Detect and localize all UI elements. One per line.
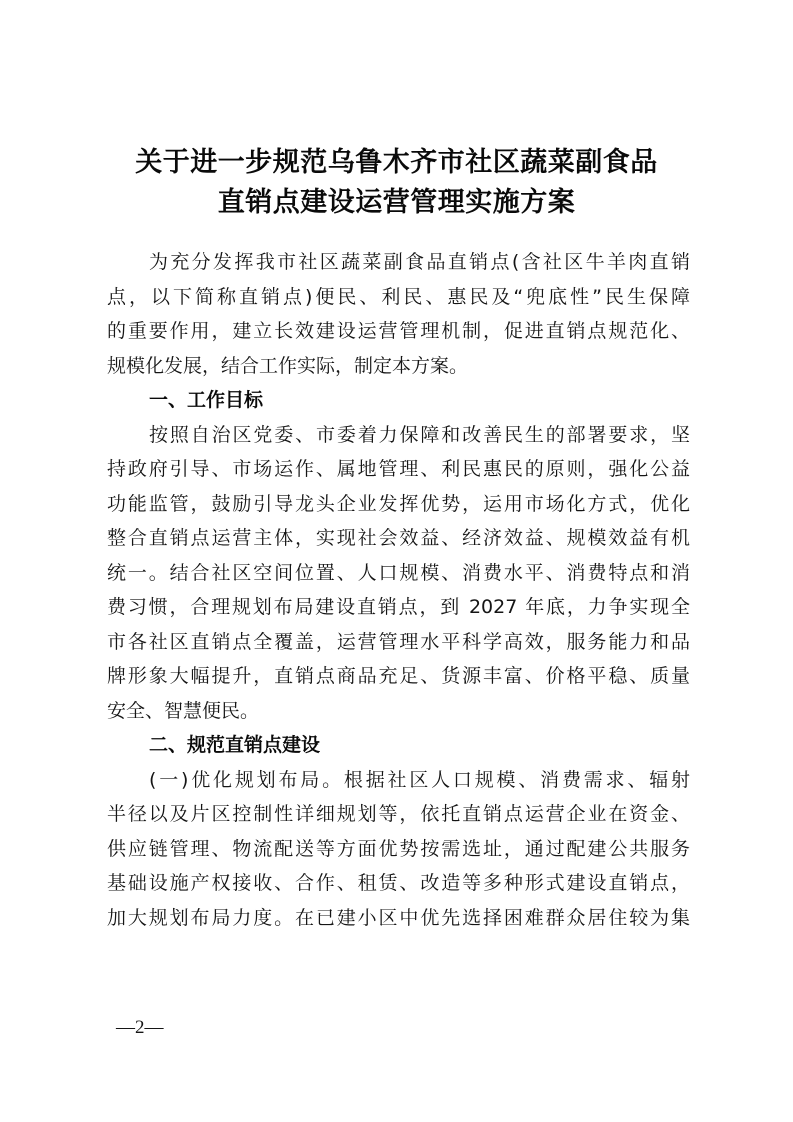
document-title-line-2: 直销点建设运营管理实施方案 — [0, 180, 793, 219]
body-line: 持政府引导、市场运作、属地管理、利民惠民的原则，强化公益 — [107, 454, 690, 484]
document-page: 关于进一步规范乌鲁木齐市社区蔬菜副食品 直销点建设运营管理实施方案 为充分发挥我… — [0, 0, 793, 1122]
body-line: 费习惯，合理规划布局建设直销点，到 2027 年底，力争实现全 — [107, 592, 690, 622]
section-heading-construction: 二、规范直销点建设 — [149, 730, 320, 760]
intro-line: 规模化发展，结合工作实际，制定本方案。 — [107, 351, 690, 381]
intro-line: 为充分发挥我市社区蔬菜副食品直销点(含社区牛羊肉直销 — [149, 247, 690, 277]
body-line: (一)优化规划布局。根据社区人口规模、消费需求、辐射 — [149, 765, 690, 795]
body-line: 按照自治区党委、市委着力保障和改善民生的部署要求，坚 — [149, 420, 690, 450]
body-line: 供应链管理、物流配送等方面优势按需选址，通过配建公共服务 — [107, 834, 690, 864]
body-line: 基础设施产权接收、合作、租赁、改造等多种形式建设直销点， — [107, 868, 690, 898]
body-line: 加大规划布局力度。在已建小区中优先选择困难群众居住较为集 — [107, 903, 690, 933]
body-line: 半径以及片区控制性详细规划等，依托直销点运营企业在资金、 — [107, 799, 690, 829]
intro-line: 的重要作用，建立长效建设运营管理机制，促进直销点规范化、 — [107, 316, 690, 346]
body-line: 市各社区直销点全覆盖，运营管理水平科学高效，服务能力和品 — [107, 627, 690, 657]
page-number: —2— — [116, 1017, 164, 1039]
section-heading-goals: 一、工作目标 — [149, 385, 263, 415]
body-line: 牌形象大幅提升，直销点商品充足、货源丰富、价格平稳、质量 — [107, 661, 690, 691]
body-line: 安全、智慧便民。 — [107, 696, 690, 726]
document-title-line-1: 关于进一步规范乌鲁木齐市社区蔬菜副食品 — [0, 140, 793, 179]
body-line: 功能监管，鼓励引导龙头企业发挥优势，运用市场化方式，优化 — [107, 489, 690, 519]
intro-line: 点，以下简称直销点)便民、利民、惠民及“兜底性”民生保障 — [107, 282, 690, 312]
body-line: 整合直销点运营主体，实现社会效益、经济效益、规模效益有机 — [107, 523, 690, 553]
body-line: 统一。结合社区空间位置、人口规模、消费水平、消费特点和消 — [107, 558, 690, 588]
